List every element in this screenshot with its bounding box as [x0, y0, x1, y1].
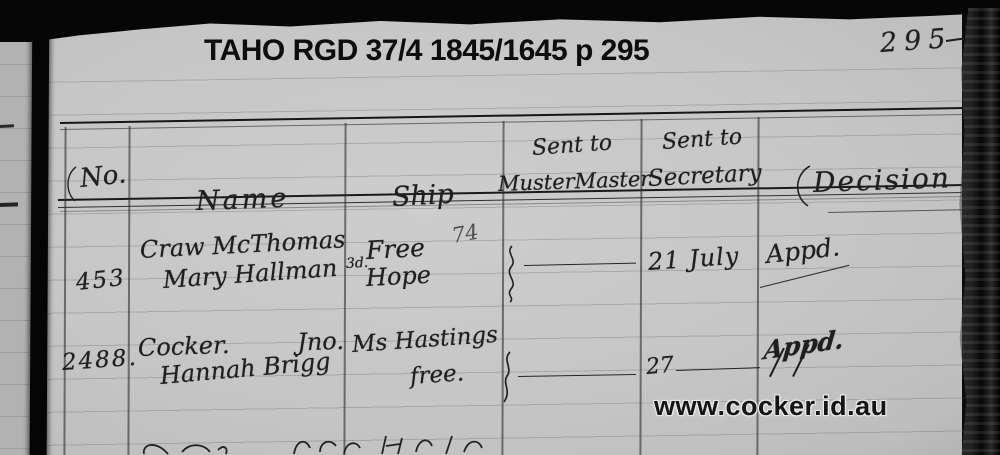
pencil-annotation: 74	[450, 220, 480, 248]
partial-handwriting-fragment	[372, 434, 492, 455]
page-number-annotation: 295	[879, 23, 954, 59]
no-header-flourish	[64, 166, 78, 202]
previous-page-edge	[0, 0, 32, 455]
partial-handwriting-fragment	[138, 438, 228, 455]
ship-groom: Free	[365, 233, 425, 265]
scanned-register-page: TAHO RGD 37/4 1845/1645 p 295 295 No. Na…	[0, 0, 1000, 455]
column-header-name: Name	[195, 183, 289, 217]
scan-title: TAHO RGD 37/4 1845/1645 p 295	[204, 34, 649, 68]
ship-bride: Hope	[365, 261, 431, 292]
decision-header-flourish	[792, 164, 812, 208]
column-header-no: No.	[78, 159, 127, 194]
muster-squiggle-mark	[500, 352, 514, 404]
column-header-ship: Ship	[391, 179, 454, 213]
column-header-decision: Decision	[812, 161, 951, 199]
previous-page-ink-mark	[0, 124, 14, 128]
book-binding-gutter	[30, 0, 50, 455]
partial-handwriting-fragment	[286, 436, 366, 455]
sent-to-secretary-date: 27	[645, 353, 675, 380]
ship-bride: free.	[409, 360, 465, 390]
entry-number: 2488.	[61, 345, 138, 376]
groom-surname: Craw Mc	[139, 230, 251, 264]
muster-squiggle-mark	[505, 246, 518, 302]
entry-number: 453	[75, 265, 127, 296]
watermark-text: www.cocker.id.au	[654, 391, 888, 422]
previous-page-ink-mark	[0, 202, 18, 207]
